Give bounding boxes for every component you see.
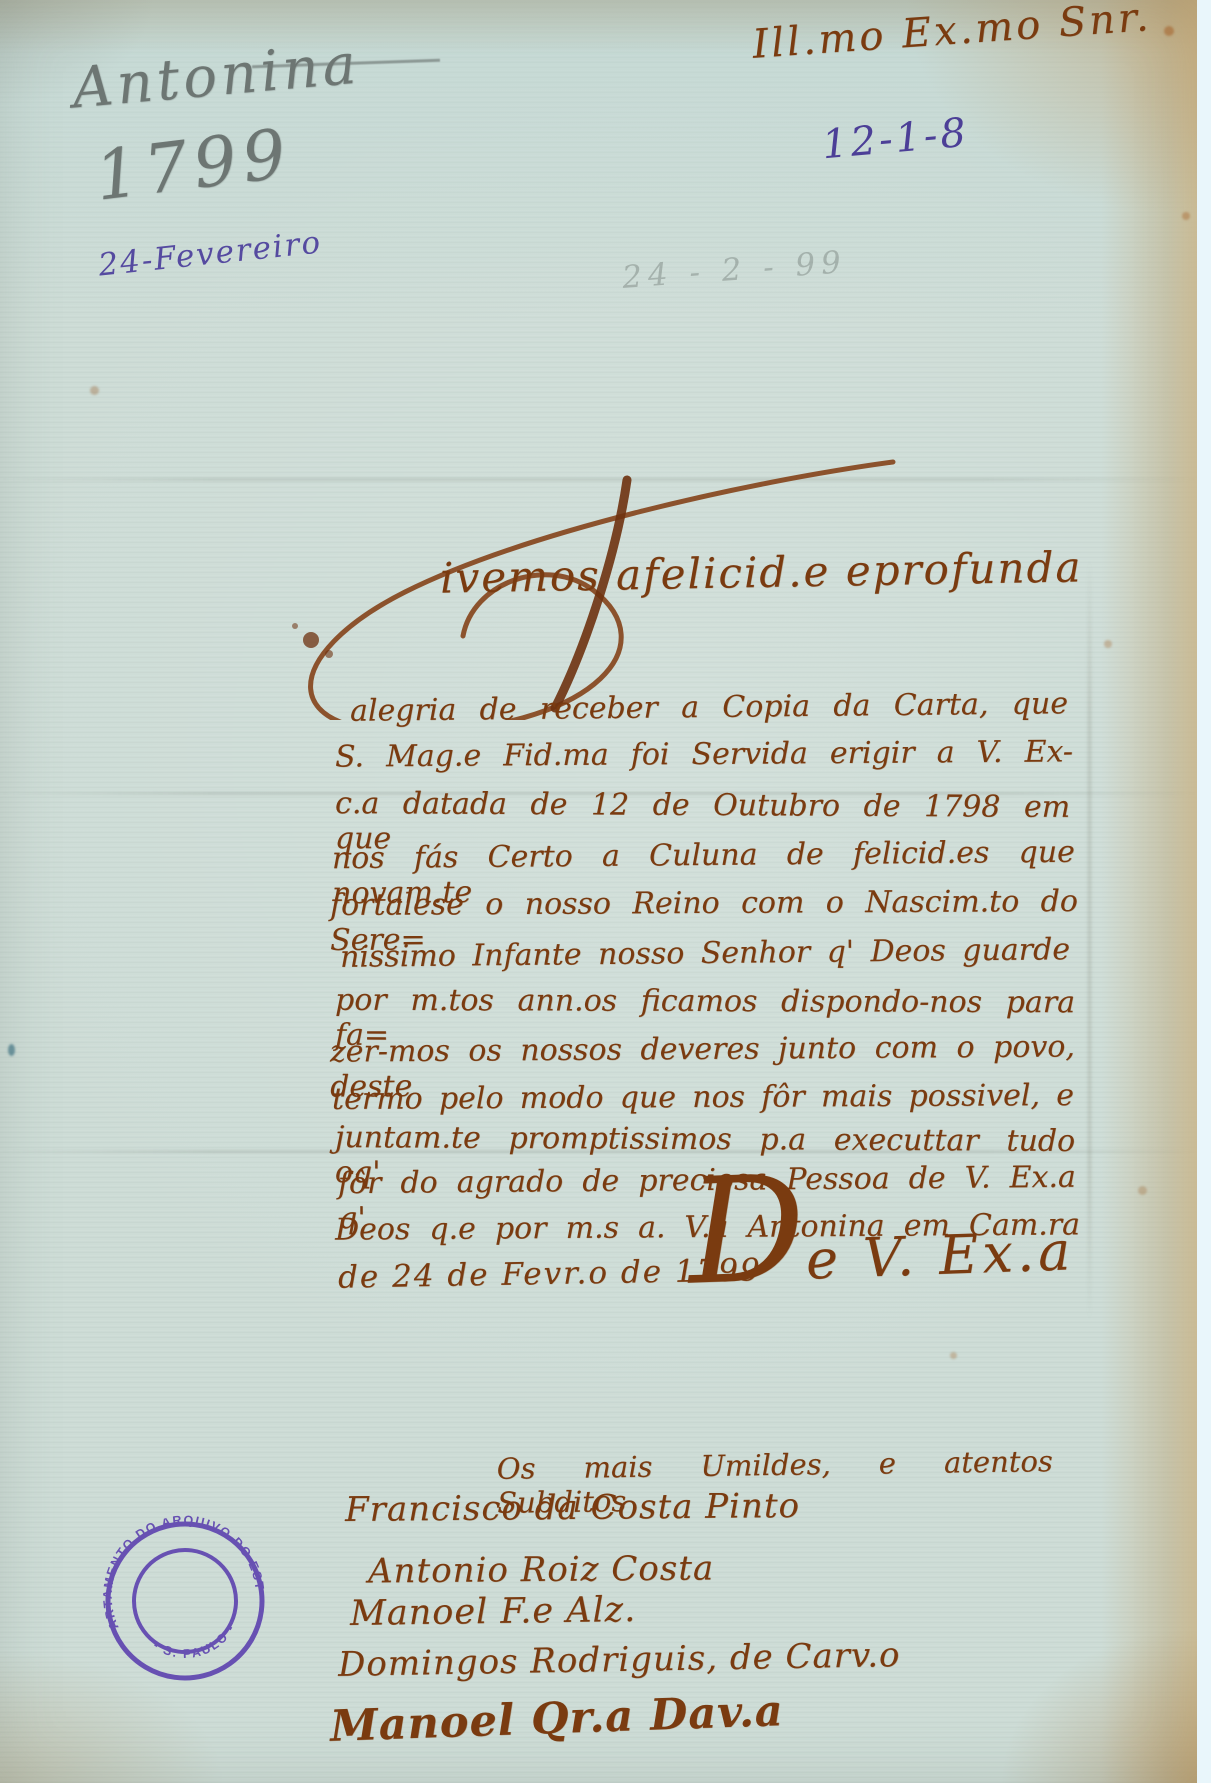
- archive-stamp: DEPARTAMENTO DO ARQUIVO DO ESTADO - S. P…: [82, 1498, 288, 1704]
- signature: Domingos Rodriguis, de Carv.o: [338, 1635, 901, 1685]
- signature: Antonio Roiz Costa: [368, 1548, 715, 1591]
- ink-speck: [8, 1044, 15, 1056]
- heading-salutation: Ill.mo Ex.mo Snr.: [751, 0, 1153, 68]
- body-line: termo pelo modo que nos fôr mais possive…: [332, 1078, 1074, 1117]
- scanned-manuscript-page: { "page": { "heading": "Ill.mo Ex.mo Snr…: [0, 0, 1211, 1783]
- svg-text:DEPARTAMENTO DO ARQUIVO DO EST: DEPARTAMENTO DO ARQUIVO DO ESTADO: [82, 1498, 268, 1634]
- body-line: S. Mag.e Fid.ma foi Servida erigir a V. …: [335, 734, 1073, 774]
- ink-blot: [325, 650, 333, 658]
- signature: Manoel Qr.a Dav.a: [329, 1686, 784, 1752]
- ink-blot: [292, 623, 298, 629]
- purple-date-annotation: 24-Fevereiro: [97, 224, 324, 283]
- stamp-outer-circle: [92, 1508, 279, 1695]
- pencil-year-annotation: 1799: [91, 114, 296, 216]
- purple-code-annotation: 12-1-8: [820, 110, 970, 169]
- foxing-spot: [1138, 1186, 1147, 1195]
- stamp-text-top: DEPARTAMENTO DO ARQUIVO DO ESTADO: [82, 1498, 268, 1634]
- signature: Francisco da Costa Pinto: [345, 1486, 800, 1530]
- foxing-spot: [90, 386, 99, 395]
- ink-blot: [303, 632, 319, 648]
- foxing-spot: [1164, 26, 1174, 36]
- body-line: alegria de receber a Copia da Carta, que: [350, 686, 1068, 729]
- stamp-inner-circle: [123, 1539, 247, 1663]
- body-line: nissimo Infante nosso Senhor q' Deos gua…: [340, 932, 1070, 975]
- signature: Manoel F.e Alz.: [350, 1590, 637, 1634]
- faint-pencil-code: 24 - 2 - 99: [621, 244, 848, 296]
- foxing-spot: [950, 1352, 957, 1359]
- foxing-spot: [1182, 212, 1190, 220]
- pencil-place-annotation: Antonina: [70, 32, 363, 122]
- aged-paper-sheet: Ill.mo Ex.mo Snr. Antonina 1799 12-1-8 2…: [0, 0, 1197, 1783]
- foxing-spot: [1104, 640, 1112, 648]
- body-line: ivemos afelicid.e eprofunda: [440, 542, 1083, 602]
- valediction: De V. Ex.a: [685, 1135, 1076, 1317]
- vertical-crease: [1088, 560, 1091, 1320]
